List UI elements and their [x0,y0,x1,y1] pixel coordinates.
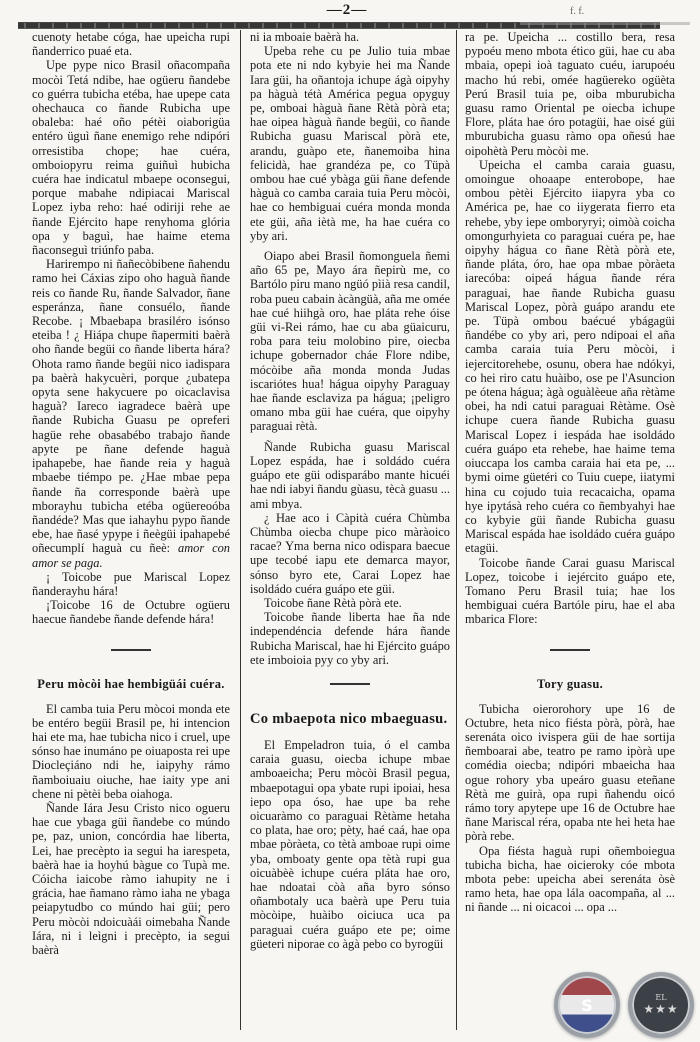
column-divider [240,30,241,1030]
map-mark-icon: S [581,996,593,1015]
seal-label: EL [655,993,666,1002]
column-divider [456,30,457,1030]
corner-mark: f. f. [570,6,584,17]
paragraph: ¡Toicobe 16 de Octubre ogüeru haecue ñan… [32,598,230,626]
paragraph: Tubicha oierorohory upe 16 de Octubre, h… [465,702,675,844]
section-separator [550,649,590,651]
paragraph: Toicobe ñane Rètà pòrà ete. [250,596,450,610]
paragraph: cuenoty hetabe cóga, hae upeicha rupi ña… [32,30,230,58]
paragraph: Opa fiésta haguà rupi oñemboiegua tubich… [465,844,675,915]
paragraph: Ñande Rubicha guasu Mariscal Lopez espád… [250,440,450,511]
page-number: —2— [322,2,372,19]
newspaper-page: —2— f. f. cuenoty hetabe cóga, hae upeic… [0,0,700,1042]
paragraph: ra pe. Upeicha ... costillo bera, resa p… [465,30,675,158]
paragraph: Toicobe ñande liberta hae ña nde indepen… [250,610,450,667]
paragraph: Upeicha el camba caraia guasu, omoingue … [465,158,675,556]
paragraph: Upe pype nico Brasil oñacompaña mocòi Te… [32,58,230,257]
article-heading: Co mbaepota nico mbaeguasu. [250,711,450,728]
article-heading: Tory guasu. [465,677,675,692]
stars-seal-icon: EL ★★★ [628,972,694,1038]
section-separator [330,683,370,685]
section-separator [111,649,151,651]
paragraph: El camba tuia Peru mòcoi monda ete be en… [32,702,230,801]
paragraph: ¿ Hae aco i Càpità cuéra Chùmba Chùmba o… [250,511,450,596]
paragraph-text: Harirempo ni ñañecòbibene ñahendu ramo h… [32,257,230,555]
column-1: cuenoty hetabe cóga, hae upeicha rupi ña… [32,30,230,1042]
paragraph: Upeba rehe cu pe Julio tuia mbae pota et… [250,44,450,243]
paragraph: ¡ Toicobe pue Mariscal Lopez ñanderayhu … [32,570,230,598]
paragraph: ni ia mboaie baèrà ha. [250,30,450,44]
paragraph: Oiapo abei Brasil ñomonguela ñemi año 65… [250,249,450,434]
stars-icon: ★★★ [643,1002,678,1017]
paragraph: Toicobe ñande Carai guasu Mariscal Lopez… [465,556,675,627]
paragraph: Harirempo ni ñañecòbibene ñahendu ramo h… [32,257,230,569]
flag-seal-icon: S [554,972,620,1038]
header-rule-faint [520,22,690,25]
paragraph: El Empeladron tuia, ó el camba caraia gu… [250,738,450,951]
column-3: ra pe. Upeicha ... costillo bera, resa p… [465,30,675,1042]
seal-badges: S EL ★★★ [554,972,694,1038]
article-heading: Peru mòcòi hae hembigüái cuéra. [32,677,230,692]
paragraph: Ñande Iára Jesu Cristo nico ogueru hae c… [32,801,230,957]
column-2: ni ia mboaie baèrà ha. Upeba rehe cu pe … [250,30,450,1042]
